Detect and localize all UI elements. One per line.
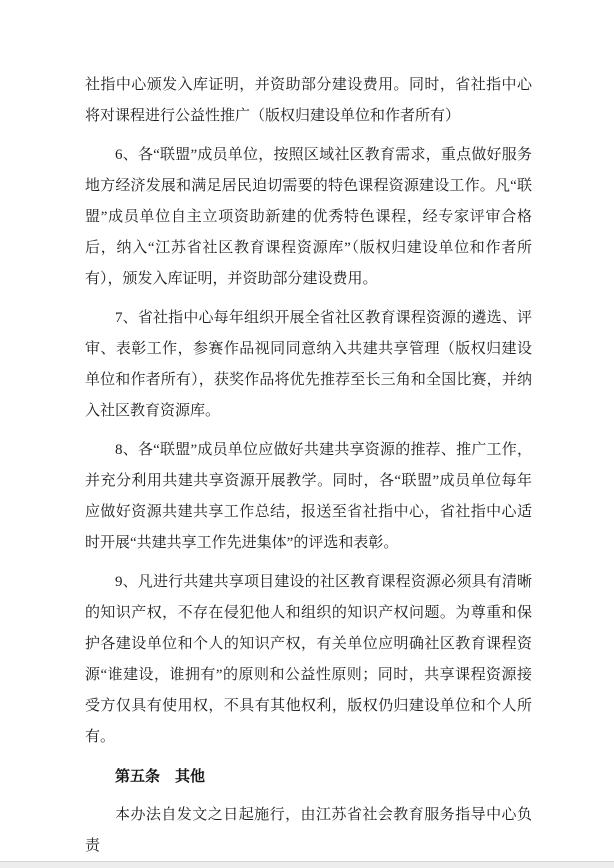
document-text-block: 社指中心颁发入库证明，并资助部分建设费用。同时，省社指中心将对课程进行公益性推广… (85, 70, 532, 868)
paragraph-continuation: 社指中心颁发入库证明，并资助部分建设费用。同时，省社指中心将对课程进行公益性推广… (85, 70, 532, 132)
document-page: 社指中心颁发入库证明，并资助部分建设费用。同时，省社指中心将对课程进行公益性推广… (0, 0, 614, 868)
paragraph-item-8: 8、各“联盟”成员单位应做好共建共享资源的推荐、推广工作，并充分利用共建共享资源… (85, 435, 532, 559)
page-boundary-divider (0, 861, 614, 868)
paragraph-item-7: 7、省社指中心每年组织开展全省社区教育课程资源的遴选、评审、表彰工作，参赛作品视… (85, 303, 532, 427)
section-heading-article-5: 第五条 其他 (85, 761, 532, 792)
paragraph-closing: 本办法自发文之日起施行，由江苏省社会教育服务指导中心负责 (85, 800, 532, 862)
paragraph-item-6: 6、各“联盟”成员单位，按照区域社区教育需求，重点做好服务地方经济发展和满足居民… (85, 140, 532, 295)
paragraph-item-9: 9、凡进行共建共享项目建设的社区教育课程资源必须具有清晰的知识产权，不存在侵犯他… (85, 567, 532, 753)
